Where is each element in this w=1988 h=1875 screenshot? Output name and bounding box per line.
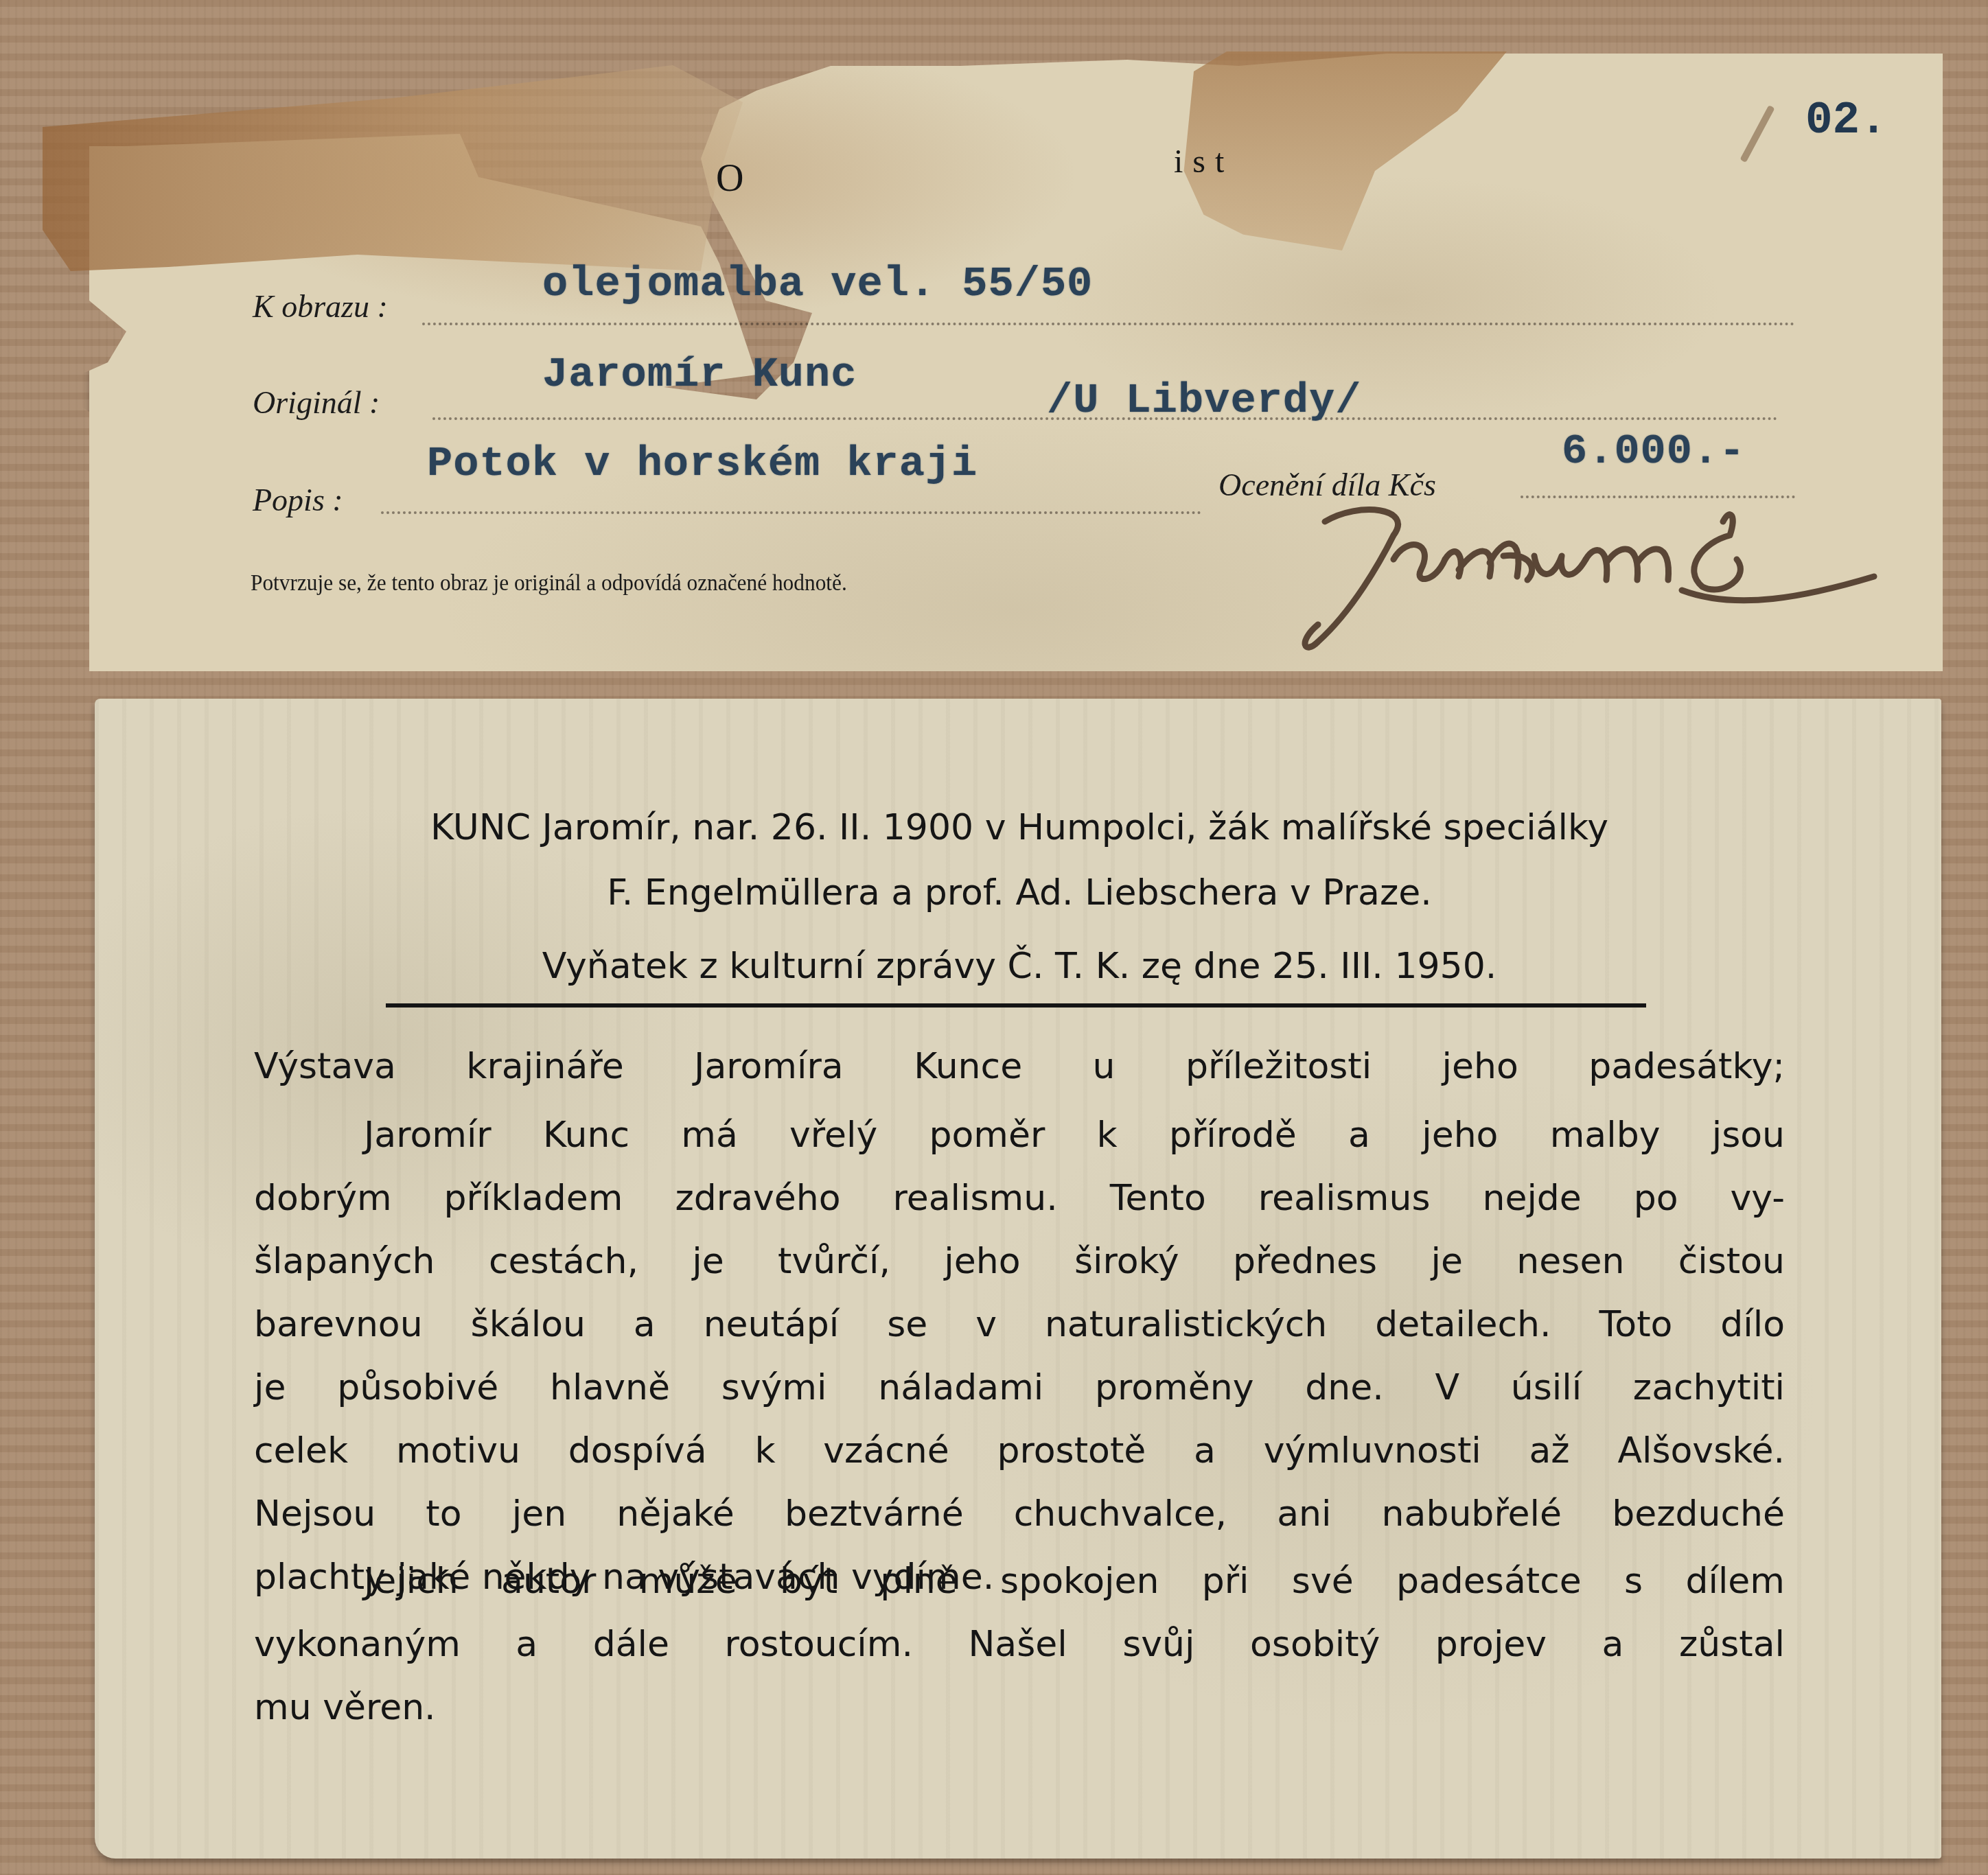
form-title-fragment-right: ist xyxy=(1174,143,1234,180)
paragraph-1: Jaromír Kunc má vřelý poměr k přírodě a … xyxy=(254,1104,1785,1609)
header-underline-rule xyxy=(386,1003,1646,1008)
torn-paper-flap-left xyxy=(43,65,743,271)
paragraph-1-line: barevnou škálou a neutápí se v naturalis… xyxy=(254,1293,1785,1356)
bio-header-line-2: F. Engelmüllera a prof. Ad. Liebschera v… xyxy=(254,875,1785,911)
paragraph-1-line: celek motivu dospívá k vzácné prostotě a… xyxy=(254,1419,1785,1482)
exhibition-line: Výstava krajináře Jaromíra Kunce u příle… xyxy=(254,1035,1785,1098)
field-value-k-obrazu: olejomalba vel. 55/50 xyxy=(542,259,1093,308)
field-value-original-location: /U Libverdy/ xyxy=(1047,376,1361,425)
bio-header-line-1: KUNC Jaromír, nar. 26. II. 1900 v Humpol… xyxy=(254,810,1785,846)
paragraph-1-line: je působivé hlavně svými náladami proměn… xyxy=(254,1356,1785,1419)
paragraph-2-line: mu věren. xyxy=(254,1676,1785,1739)
artist-signature xyxy=(1297,494,1888,659)
field-label-k-obrazu: K obrazu : xyxy=(253,288,388,325)
certification-note: Potvrzuje se, že tento obraz je originál… xyxy=(251,571,847,596)
paragraph-2: Jejich autor může být plně spokojen při … xyxy=(254,1550,1785,1739)
paragraph-1-line: Jaromír Kunc má vřelý poměr k přírodě a … xyxy=(254,1104,1785,1167)
field-label-original: Originál : xyxy=(253,384,380,421)
exhibition-line-text: Výstava krajináře Jaromíra Kunce u příle… xyxy=(254,1035,1785,1098)
bio-header-line-3: Vyňatek z kulturní zprávy Č. T. K. zę dn… xyxy=(254,948,1785,984)
field-value-original-artist: Jaromír Kunc xyxy=(542,350,857,399)
field-value-popis: Potok v horském kraji xyxy=(427,439,978,488)
form-title-fragment-left: O xyxy=(716,156,743,200)
form-number: 02. xyxy=(1805,95,1887,146)
paragraph-1-line: Nejsou to jen nějaké beztvárné chuchvalc… xyxy=(254,1482,1785,1546)
dotted-line-k-obrazu xyxy=(422,323,1795,325)
paragraph-2-line: Jejich autor může být plně spokojen při … xyxy=(254,1550,1785,1613)
paragraph-2-line: vykonaným a dále rostoucím. Našel svůj o… xyxy=(254,1613,1785,1676)
dotted-line-popis xyxy=(381,511,1201,514)
paragraph-1-line: dobrým příkladem zdravého realismu. Tent… xyxy=(254,1167,1785,1230)
field-value-valuation: 6.000.- xyxy=(1562,427,1745,476)
paragraph-1-line: šlapaných cestách, je tvůrčí, jeho širok… xyxy=(254,1230,1785,1293)
field-label-popis: Popis : xyxy=(253,482,343,518)
